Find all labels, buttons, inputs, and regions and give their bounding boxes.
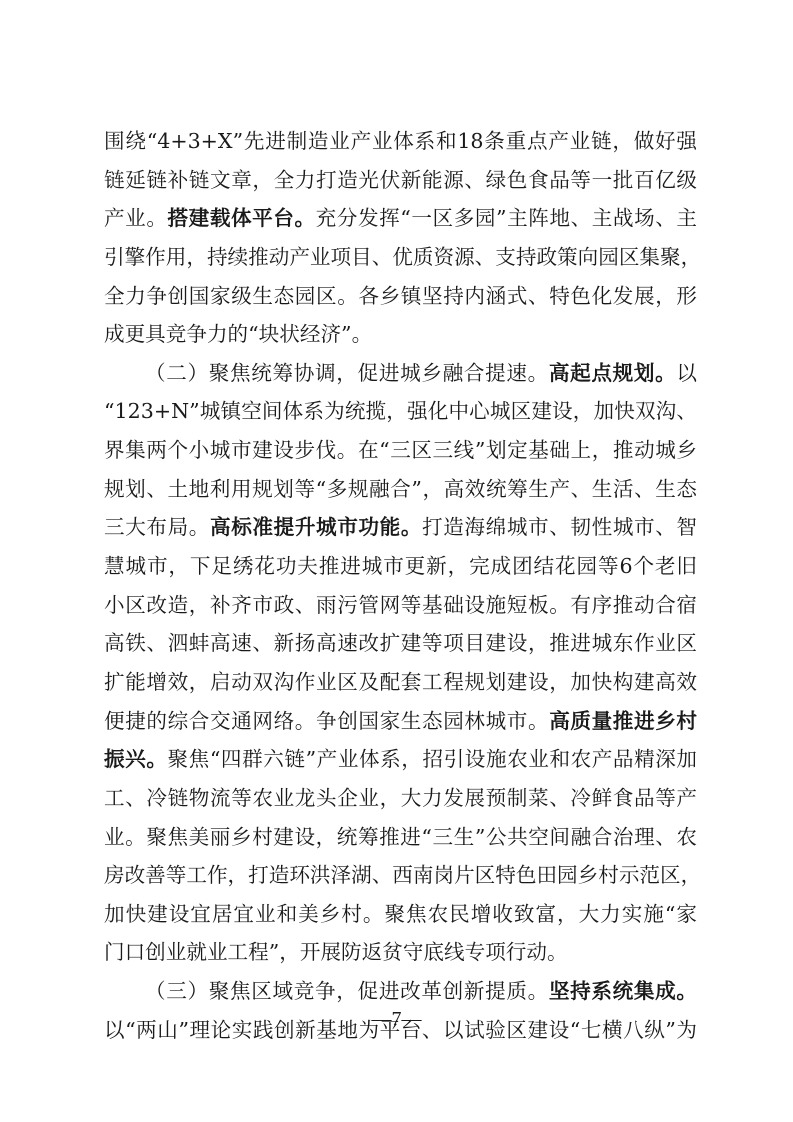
bold-heading-phrase: 振兴。 xyxy=(104,747,168,771)
text-line: 门口创业就业工程”，开展防返贫守底线专项行动。 xyxy=(104,933,697,972)
text-run: 小区改造，补齐市政、雨污管网等基础设施短板。有序推动合宿 xyxy=(104,593,697,617)
text-line: 高铁、泗蚌高速、新扬高速改扩建等项目建设，推进城东作业区 xyxy=(104,624,697,663)
text-run: 规划、土地利用规划等“多规融合”，高效统筹生产、生活、生态 xyxy=(104,477,697,501)
text-line: 围绕“4+3+X”先进制造业产业体系和18条重点产业链，做好强 xyxy=(104,122,697,161)
text-line: 加快建设宜居宜业和美乡村。聚焦农民增收致富，大力实施“家 xyxy=(104,895,697,934)
text-line: 成更具竞争力的“块状经济”。 xyxy=(104,315,697,354)
bold-heading-phrase: 高起点规划。 xyxy=(549,361,677,385)
text-line: “123+N”城镇空间体系为统揽，强化中心城区建设，加快双沟、 xyxy=(104,392,697,431)
text-line: 全力争创国家级生态园区。各乡镇坚持内涵式、特色化发展，形 xyxy=(104,277,697,316)
text-run: 扩能增效，启动双沟作业区及配套工程规划建设，加快构建高效 xyxy=(104,670,697,694)
text-run: 便捷的综合交通网络。争创国家生态园林城市。 xyxy=(104,709,549,733)
text-run: 门口创业就业工程”，开展防返贫守底线专项行动。 xyxy=(104,940,568,964)
text-run: 链延链补链文章，全力打造光伏新能源、绿色食品等一批百亿级 xyxy=(104,168,697,192)
text-line: 便捷的综合交通网络。争创国家生态园林城市。高质量推进乡村 xyxy=(104,702,697,741)
text-run: 界集两个小城市建设步伐。在“三区三线”划定基础上，推动城乡 xyxy=(104,438,697,462)
text-line: 房改善等工作，打造环洪泽湖、西南岗片区特色田园乡村示范区， xyxy=(104,856,697,895)
text-run: 打造海绵城市、韧性城市、智 xyxy=(422,515,697,539)
text-line: 界集两个小城市建设步伐。在“三区三线”划定基础上，推动城乡 xyxy=(104,431,697,470)
text-line: 产业。搭建载体平台。充分发挥“一区多园”主阵地、主战场、主 xyxy=(104,199,697,238)
body-text: 围绕“4+3+X”先进制造业产业体系和18条重点产业链，做好强链延链补链文章，全… xyxy=(104,122,697,1049)
text-run: （二）聚焦统筹协调，促进城乡融合提速。 xyxy=(145,361,549,385)
text-run: 加快建设宜居宜业和美乡村。聚焦农民增收致富，大力实施“家 xyxy=(104,902,697,926)
text-run: 业。聚焦美丽乡村建设，统筹推进“三生”公共空间融合治理、农 xyxy=(104,825,697,849)
text-line: 慧城市，下足绣花功夫推进城市更新，完成团结花园等6个老旧 xyxy=(104,547,697,586)
text-run: 充分发挥“一区多园”主阵地、主战场、主 xyxy=(316,206,697,230)
page-number: —7— xyxy=(0,1008,793,1031)
text-line: 规划、土地利用规划等“多规融合”，高效统筹生产、生活、生态 xyxy=(104,470,697,509)
text-run: 三大布局。 xyxy=(104,515,210,539)
document-page: 围绕“4+3+X”先进制造业产业体系和18条重点产业链，做好强链延链补链文章，全… xyxy=(0,0,793,1122)
text-run: 房改善等工作，打造环洪泽湖、西南岗片区特色田园乡村示范区， xyxy=(104,863,701,887)
text-run: 聚焦“四群六链”产业体系，招引设施农业和农产品精深加 xyxy=(168,747,698,771)
text-line: 三大布局。高标准提升城市功能。打造海绵城市、韧性城市、智 xyxy=(104,508,697,547)
bold-heading-phrase: 高质量推进乡村 xyxy=(549,709,697,733)
bold-heading-phrase: 高标准提升城市功能。 xyxy=(210,515,422,539)
text-line: 小区改造，补齐市政、雨污管网等基础设施短板。有序推动合宿 xyxy=(104,586,697,625)
text-run: 全力争创国家级生态园区。各乡镇坚持内涵式、特色化发展，形 xyxy=(104,284,697,308)
text-run: 高铁、泗蚌高速、新扬高速改扩建等项目建设，推进城东作业区 xyxy=(104,631,697,655)
text-run: 引擎作用，持续推动产业项目、优质资源、支持政策向园区集聚， xyxy=(104,245,701,269)
text-run: （三）聚焦区域竞争，促进改革创新提质。 xyxy=(145,979,549,1003)
text-run: 围绕“4+3+X”先进制造业产业体系和18条重点产业链，做好强 xyxy=(104,129,697,153)
text-line: 引擎作用，持续推动产业项目、优质资源、支持政策向园区集聚， xyxy=(104,238,697,277)
text-run: 以 xyxy=(676,361,697,385)
text-run: 产业。 xyxy=(104,206,168,230)
bold-heading-phrase: 搭建载体平台。 xyxy=(168,206,316,230)
text-line: 扩能增效，启动双沟作业区及配套工程规划建设，加快构建高效 xyxy=(104,663,697,702)
text-run: 成更具竞争力的“块状经济”。 xyxy=(104,322,372,346)
text-run: “123+N”城镇空间体系为统揽，强化中心城区建设，加快双沟、 xyxy=(104,399,697,423)
text-line: 链延链补链文章，全力打造光伏新能源、绿色食品等一批百亿级 xyxy=(104,161,697,200)
text-run: 慧城市，下足绣花功夫推进城市更新，完成团结花园等6个老旧 xyxy=(104,554,697,578)
text-line: （二）聚焦统筹协调，促进城乡融合提速。高起点规划。以 xyxy=(104,354,697,393)
text-line: 业。聚焦美丽乡村建设，统筹推进“三生”公共空间融合治理、农 xyxy=(104,818,697,857)
bold-heading-phrase: 坚持系统集成。 xyxy=(549,979,697,1003)
text-line: （三）聚焦区域竞争，促进改革创新提质。坚持系统集成。 xyxy=(104,972,697,1011)
text-line: 工、冷链物流等农业龙头企业，大力发展预制菜、冷鲜食品等产 xyxy=(104,779,697,818)
text-line: 振兴。聚焦“四群六链”产业体系，招引设施农业和农产品精深加 xyxy=(104,740,697,779)
text-run: 工、冷链物流等农业龙头企业，大力发展预制菜、冷鲜食品等产 xyxy=(104,786,697,810)
